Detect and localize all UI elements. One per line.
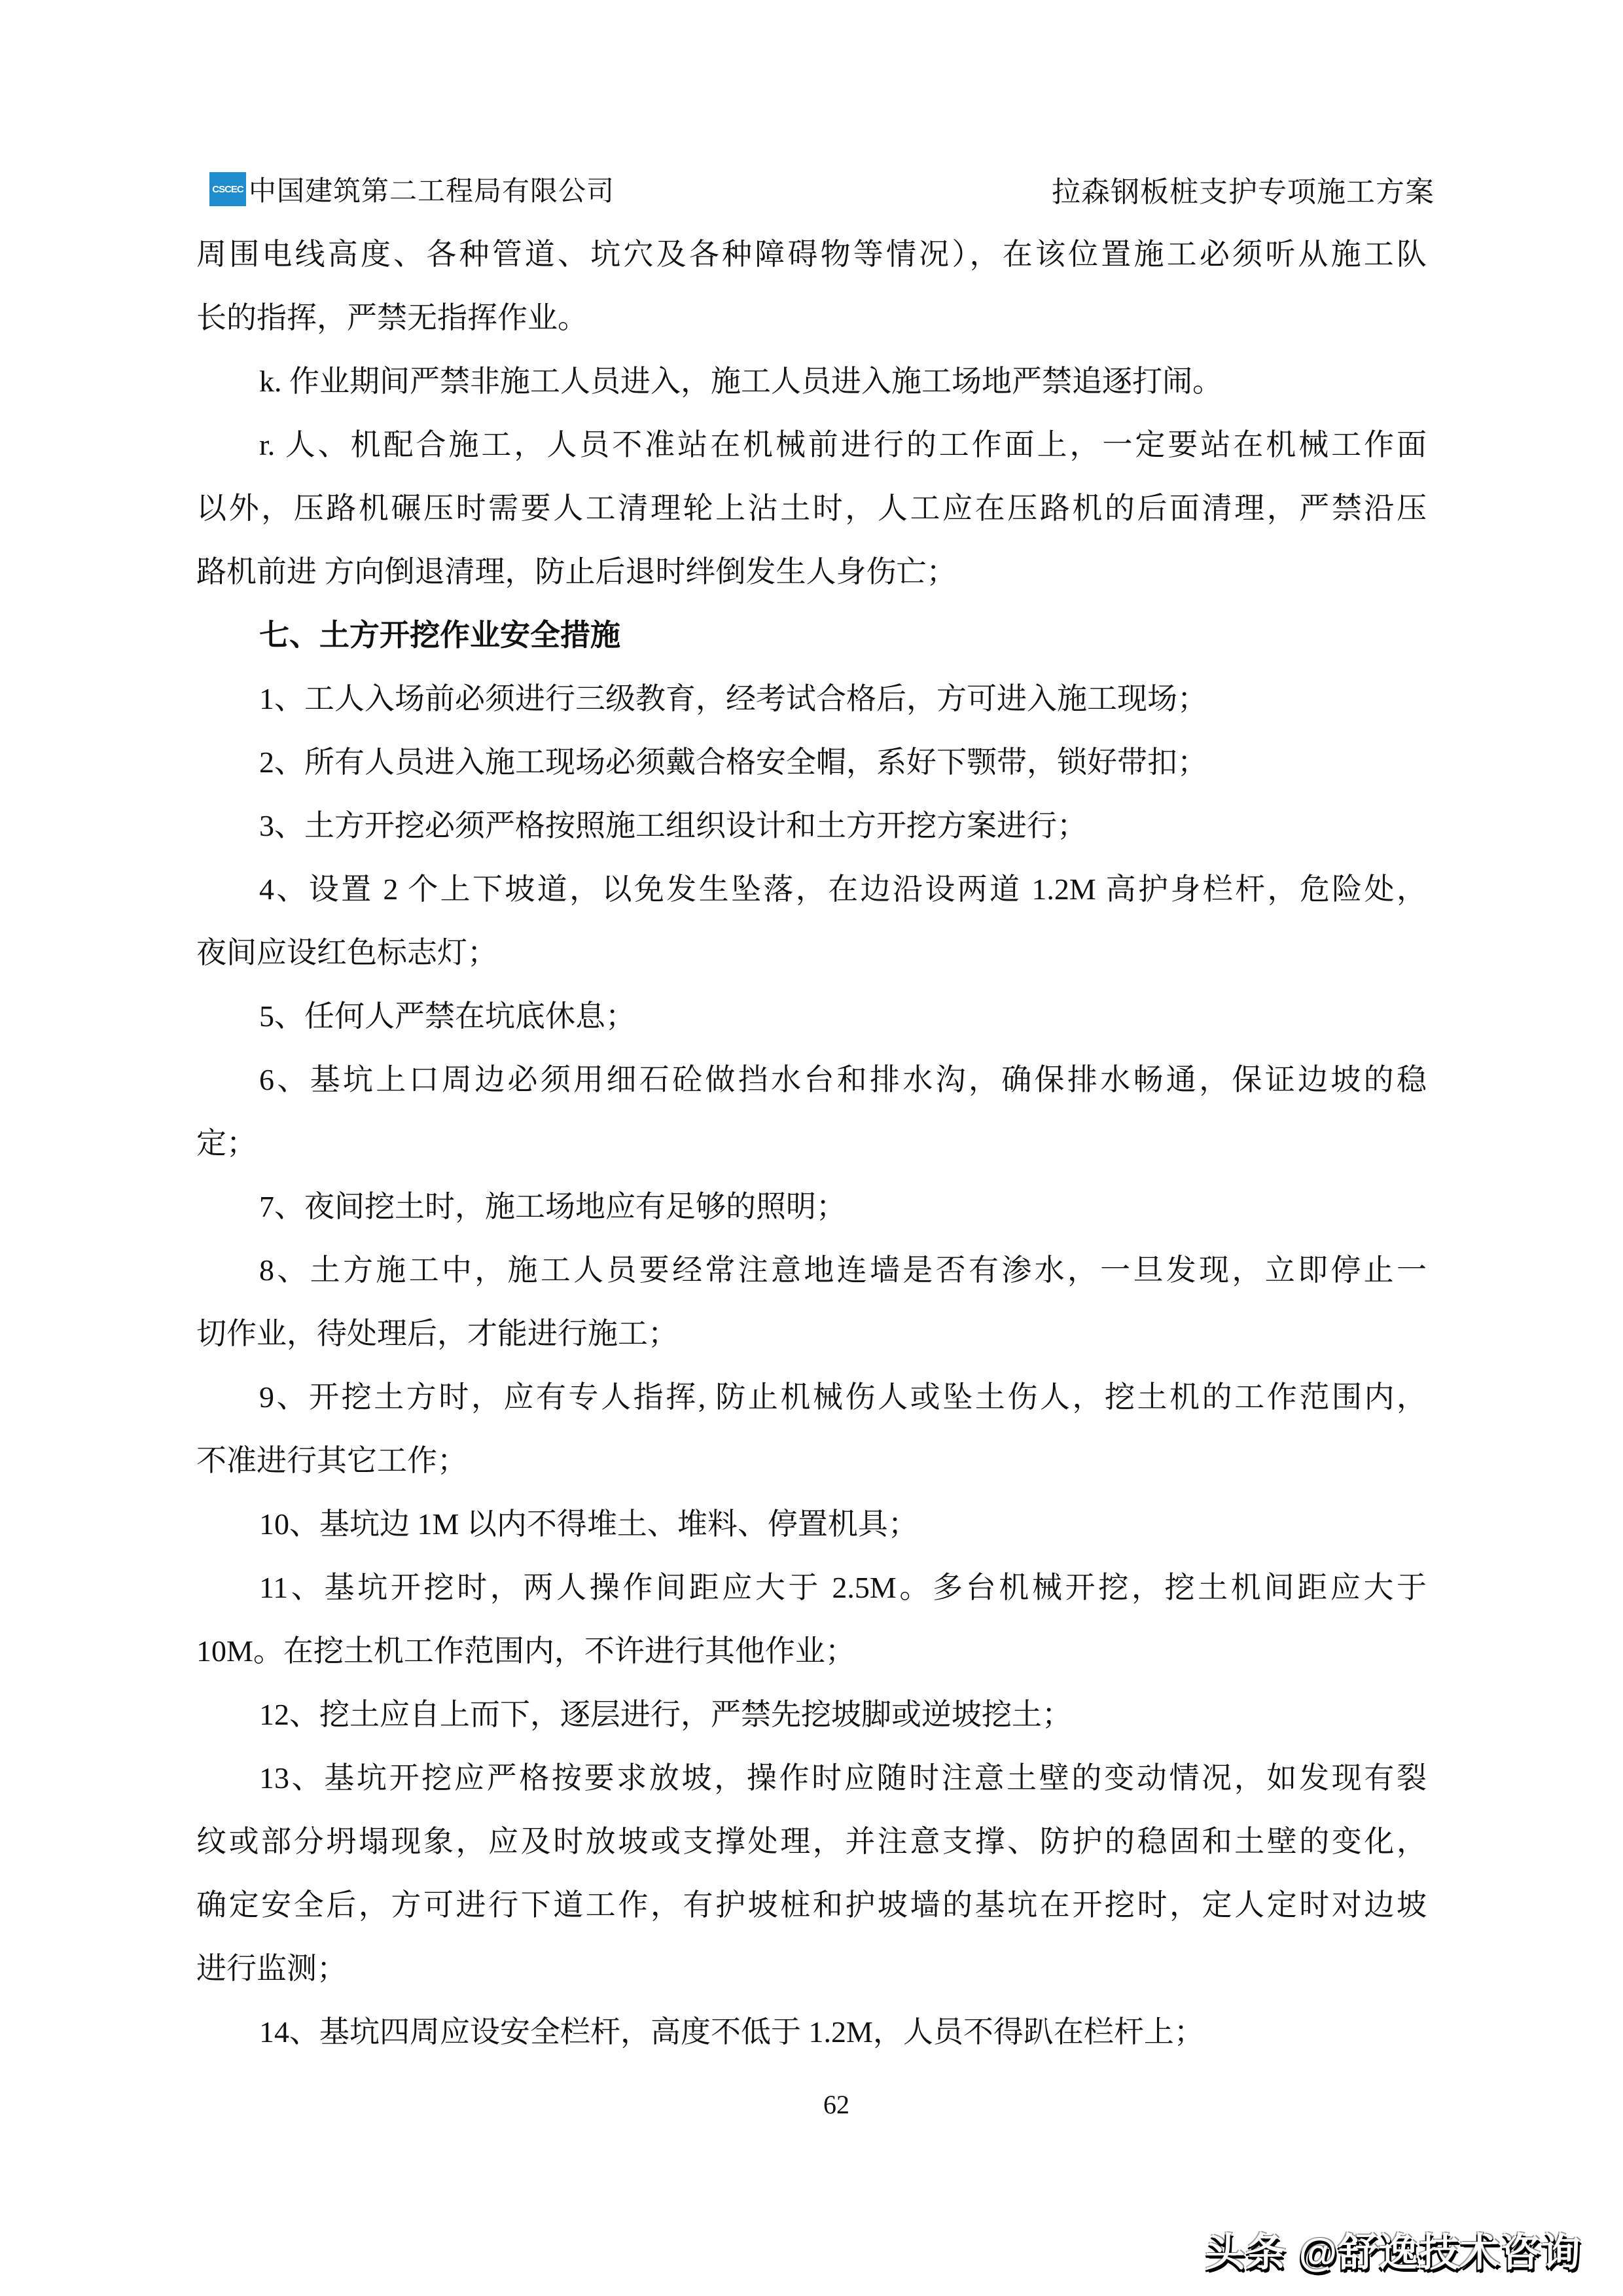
body-line: 路机前进 方向倒退清理，防止后退时绊倒发生人身伤亡； xyxy=(196,540,1427,603)
body-line: 夜间应设红色标志灯； xyxy=(196,921,1427,984)
body-line: 10、基坑边 1M 以内不得堆土、堆料、停置机具； xyxy=(196,1492,1427,1556)
header-left: CSCEC 中国建筑第二工程局有限公司 xyxy=(209,170,615,209)
body-line: 周围电线高度、各种管道、坑穴及各种障碍物等情况），在该位置施工必须听从施工队 xyxy=(196,223,1427,286)
body-line: 纹或部分坍塌现象，应及时放坡或支撑处理，并注意支撑、防护的稳固和土壁的变化， xyxy=(196,1810,1427,1873)
body-line: 6、基坑上口周边必须用细石砼做挡水台和排水沟，确保排水畅通，保证边坡的稳 xyxy=(196,1048,1427,1111)
body-line: r. 人、机配合施工，人员不准站在机械前进行的工作面上，一定要站在机械工作面 xyxy=(196,413,1427,476)
body-line: 4、设置 2 个上下坡道，以免发生坠落，在边沿设两道 1.2M 高护身栏杆，危险… xyxy=(196,857,1427,921)
page-header: CSCEC 中国建筑第二工程局有限公司 拉森钢板桩支护专项施工方案 xyxy=(209,168,1435,211)
body-line: 13、基坑开挖应严格按要求放坡，操作时应随时注意土壁的变动情况，如发现有裂 xyxy=(196,1746,1427,1810)
body-line: 3、土方开挖必须严格按照施工组织设计和土方开挖方案进行； xyxy=(196,794,1427,857)
body-line: 1、工人入场前必须进行三级教育，经考试合格后，方可进入施工现场； xyxy=(196,667,1427,730)
cscec-logo-text: CSCEC xyxy=(212,184,243,195)
body-line: 9、开挖土方时，应有专人指挥, 防止机械伤人或坠土伤人，挖土机的工作范围内， xyxy=(196,1365,1427,1429)
body-line: 2、所有人员进入施工现场必须戴合格安全帽，系好下颚带，锁好带扣； xyxy=(196,730,1427,794)
body-lines: 周围电线高度、各种管道、坑穴及各种障碍物等情况），在该位置施工必须听从施工队长的… xyxy=(196,223,1427,2064)
body-line: 确定安全后，方可进行下道工作，有护坡桩和护坡墙的基坑在开挖时，定人定时对边坡 xyxy=(196,1873,1427,1937)
body-line: 以外，压路机碾压时需要人工清理轮上沾土时，人工应在压路机的后面清理，严禁沿压 xyxy=(196,476,1427,540)
body-line: 七、土方开挖作业安全措施 xyxy=(196,603,1427,667)
body-line: 定； xyxy=(196,1111,1427,1175)
watermark-text: 头条 @舒逸技术咨询 xyxy=(1205,2221,1582,2278)
body-line: 8、土方施工中，施工人员要经常注意地连墙是否有渗水，一旦发现，立即停止一 xyxy=(196,1238,1427,1302)
body-line: 10M。在挖土机工作范围内，不许进行其他作业； xyxy=(196,1619,1427,1683)
company-name: 中国建筑第二工程局有限公司 xyxy=(249,170,615,209)
body-line: 进行监测； xyxy=(196,1937,1427,2000)
body-line: 14、基坑四周应设安全栏杆，高度不低于 1.2M，人员不得趴在栏杆上； xyxy=(196,2000,1427,2064)
body-line: k. 作业期间严禁非施工人员进入，施工人员进入施工场地严禁追逐打闹。 xyxy=(196,350,1427,413)
body-line: 11、基坑开挖时，两人操作间距应大于 2.5M。多台机械开挖，挖土机间距应大于 xyxy=(196,1556,1427,1619)
body-line: 5、任何人严禁在坑底休息； xyxy=(196,984,1427,1048)
body-line: 长的指挥，严禁无指挥作业。 xyxy=(196,286,1427,350)
document-title: 拉森钢板桩支护专项施工方案 xyxy=(1052,168,1435,210)
body-line: 切作业，待处理后，才能进行施工； xyxy=(196,1302,1427,1365)
cscec-logo-icon: CSCEC xyxy=(209,172,246,206)
body-line: 7、夜间挖土时，施工场地应有足够的照明； xyxy=(196,1175,1427,1238)
page-number: 62 xyxy=(25,2089,1623,2120)
document-page: CSCEC 中国建筑第二工程局有限公司 拉森钢板桩支护专项施工方案 周围电线高度… xyxy=(0,0,1623,2296)
body-line: 不准进行其它工作； xyxy=(196,1429,1427,1492)
body-line: 12、挖土应自上而下，逐层进行，严禁先挖坡脚或逆坡挖土； xyxy=(196,1683,1427,1746)
